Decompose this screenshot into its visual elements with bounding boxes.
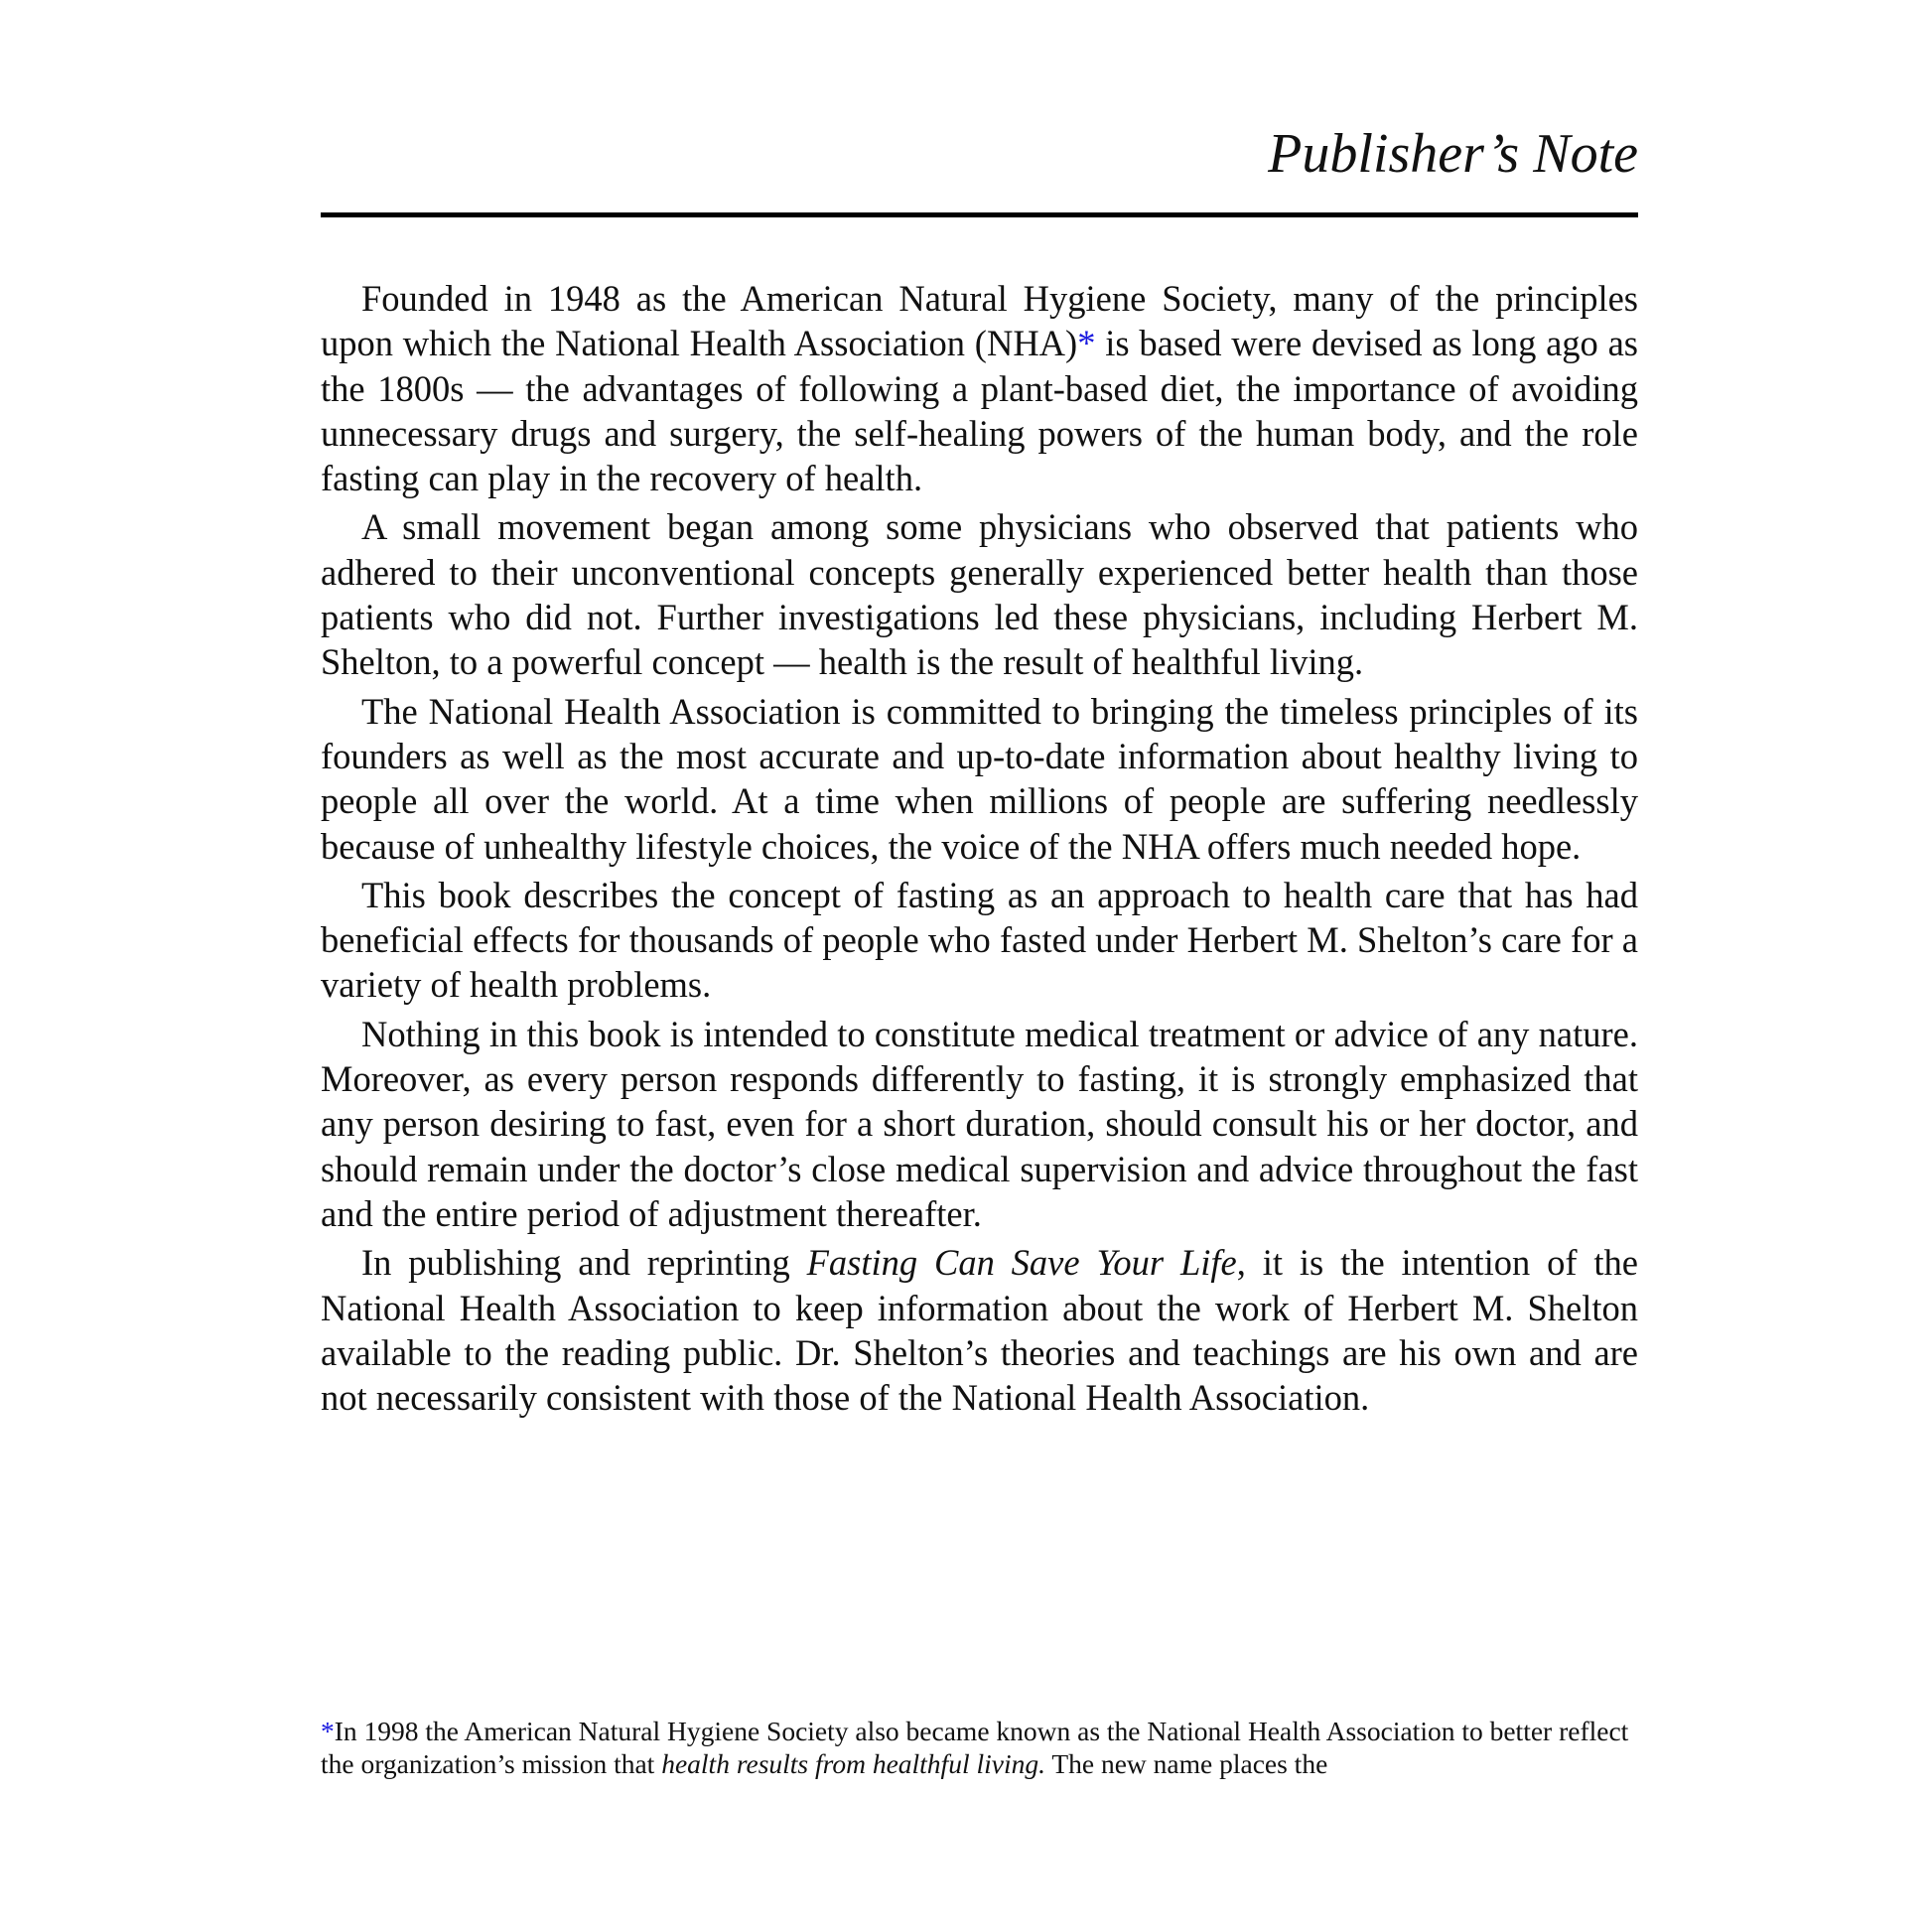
footnote-marker-link[interactable]: * <box>1077 323 1095 363</box>
body-text: Founded in 1948 as the American Natural … <box>321 276 1638 1424</box>
paragraph-1: Founded in 1948 as the American Natural … <box>321 276 1638 500</box>
footnote-text: *In 1998 the American Natural Hygiene So… <box>321 1715 1651 1780</box>
page-title: Publisher’s Note <box>1268 119 1638 189</box>
paragraph-4: This book describes the concept of fasti… <box>321 873 1638 1008</box>
paragraph-2: A small movement began among some physic… <box>321 504 1638 684</box>
book-title: Fasting Can Save Your Life <box>807 1242 1237 1283</box>
paragraph-5: Nothing in this book is intended to cons… <box>321 1012 1638 1236</box>
footnote: *In 1998 the American Natural Hygiene So… <box>321 1715 1651 1780</box>
paragraph-6: In publishing and reprinting Fasting Can… <box>321 1240 1638 1420</box>
title-rule-divider <box>321 212 1638 217</box>
footnote-marker: * <box>321 1716 335 1746</box>
paragraph-3: The National Health Association is commi… <box>321 689 1638 869</box>
footnote-emphasis: health results from healthful living. <box>661 1748 1045 1779</box>
